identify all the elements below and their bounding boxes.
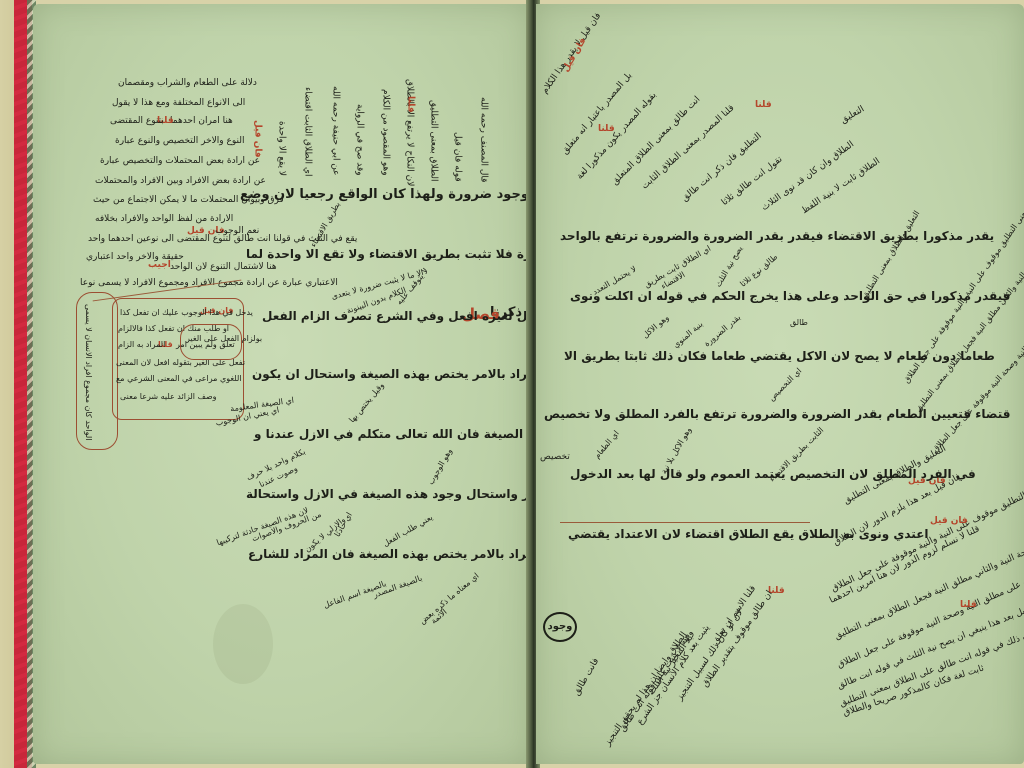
rubric-word: قلنا [405, 96, 415, 113]
gloss-vertical: اي الطلاق الثابت اقتضاء [302, 66, 312, 176]
gloss-line: عن ارادة بعض المحتملات والتخصيص عبارة [100, 156, 260, 166]
rubric-word: فان قيل [930, 516, 968, 526]
gloss: طالق [790, 318, 808, 327]
gloss-vertical: الواحد كان مجموع افراد الانسان لا يسمى [84, 300, 93, 440]
gloss-vertical: وقد صح في الرواية [354, 66, 364, 176]
gloss-line: هنا امران احدهما [170, 116, 233, 126]
gloss-line: بتنوع المقتضى [110, 116, 164, 126]
gloss: تخصيص [540, 452, 570, 462]
gloss-vertical: عن ابي حنيفة رحمه الله [330, 66, 340, 176]
rubric-word: قلنا [598, 124, 615, 134]
paper-stain [213, 604, 273, 684]
main-text-line: طعاما دون طعام لا يصح لان الاكل يقتضي طع… [564, 350, 995, 364]
rubric-word: فان قيل [252, 120, 262, 158]
gloss-line: عن ارادة بعض الافراد وبين الافراد والمحت… [95, 176, 266, 186]
main-text-line: فيقدر مذكورا في حق الواحد وعلى هذا يخرج … [570, 290, 1010, 304]
gloss-vertical: لا يقع الا واحدة [276, 66, 286, 176]
gloss-vertical: الطلاق بمعنى التطليق [428, 62, 438, 182]
gloss-line: الى الانواع المختلفة ومع هذا لا يقول [112, 98, 245, 108]
main-text-line: قتضاء فتعيين الطعام بقدر الضرورة والضرور… [544, 408, 1010, 422]
gloss-vertical: قال المصنف رحمه الله [478, 62, 488, 182]
rubric-word: اجيب [148, 260, 171, 270]
gloss-line: الارادة من لفظ الواحد والافراد بخلافه [95, 214, 233, 224]
main-text-line: يقدر مذكورا بطريق الاقتضاء فيقدر بقدر ال… [560, 230, 994, 244]
gloss-vertical: قوله فان قيل [452, 62, 462, 182]
gloss-line: يدخل في هذا الوجوب عليك ان تفعل كذا [120, 308, 253, 317]
gloss-line: المراد به الزام [118, 340, 165, 349]
rubric-word: قلنا [755, 100, 772, 110]
gloss-line: النوع والاخر التخصيص والنوع عبارة [115, 136, 244, 146]
red-rule-line [560, 522, 810, 523]
manuscript-photo: دلالة على الطعام والشراب ومقصمان الى الا… [0, 0, 1024, 768]
catchword-circle: وجود [543, 612, 577, 642]
gloss-line: اللغوي مراعى في المعنى الشرعي مع [116, 374, 242, 383]
gloss-line: دلالة على الطعام والشراب ومقصمان [118, 78, 257, 88]
gloss-line: هنا لاشتمال التنوع لان الواحد [170, 262, 277, 272]
gloss-line: وصف الزائد عليه شرعا معنى [120, 392, 217, 401]
main-text-line: اعتدي ونوى به الطلاق يقع الطلاق اقتضاء ل… [568, 528, 929, 542]
gloss-small-boxed: بولزام الفعل على الغير [186, 334, 262, 343]
gloss-vertical: لان النكاح لا يرتفع الا بالطلاق [404, 66, 414, 186]
gloss-vertical: وهو المقصود من الكلام [380, 66, 390, 176]
rubric-word: قلنا [960, 600, 977, 610]
